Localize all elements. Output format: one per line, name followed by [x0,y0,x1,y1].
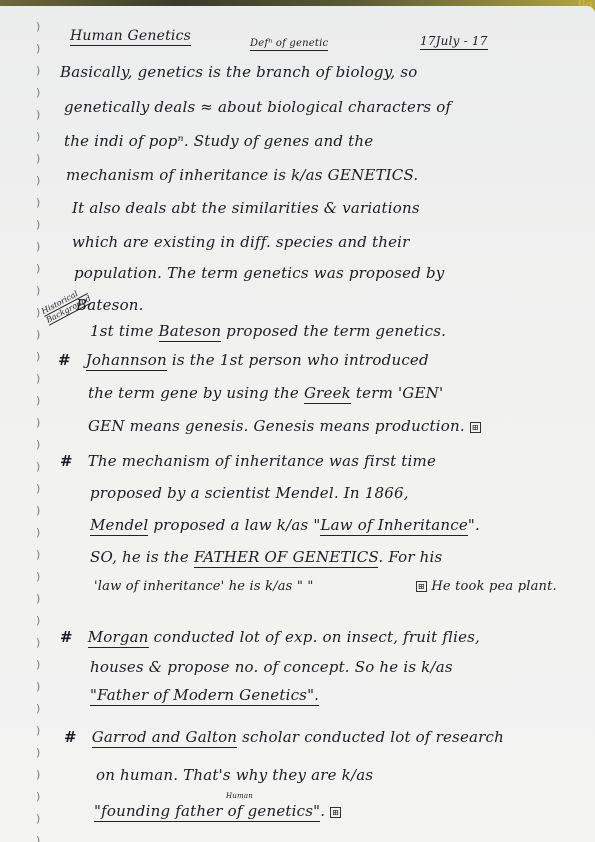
point-1-line-3: GEN means genesis. Genesis means product… [88,417,481,435]
point-2-text-4a: SO, he is the [90,548,194,566]
intro-line-6: which are existing in diff. species and … [72,233,410,251]
margin-mark: ) [36,42,40,55]
point-3-line-2: houses & propose no. of concept. So he i… [90,658,453,676]
intro-line-2: genetically deals ≈ about biological cha… [64,98,451,116]
margin-mark: ) [36,504,40,517]
margin-mark: ) [36,724,40,737]
point-2-line-3: Mendel proposed a law k/as "Law of Inher… [90,516,480,534]
point-1-text-pre: the term gene by using the [88,384,304,402]
margin-mark: ) [36,284,40,297]
margin-mark: ) [36,438,40,451]
point-2-line-1: # The mechanism of inheritance was first… [60,452,436,470]
point-4-line-1: # Garrod and Galton scholar conducted lo… [64,728,504,746]
point-2-text-3a: proposed a law k/as " [148,516,320,534]
garrod-galton-names: Garrod and Galton [92,728,237,748]
bullet-hash: # [60,628,73,646]
intro-line-1: Basically, genetics is the branch of bio… [60,63,418,81]
point-2-text-1: The mechanism of inheritance was first t… [88,452,436,470]
historical-prefix: 1st time [90,322,159,340]
father-of-genetics: FATHER OF GENETICS [194,548,378,568]
point-2-line-5: 'law of inheritance' he is k/as " " [94,579,314,594]
page-title: Human Genetics [70,28,191,46]
margin-mark: ) [36,218,40,231]
intro-line-4: mechanism of inheritance is k/as GENETIC… [66,166,418,184]
margin-mark: ) [36,636,40,649]
margin-mark: ) [36,20,40,33]
human-superscript: Human [226,792,253,800]
intro-line-5: It also deals abt the similarities & var… [72,199,420,217]
point-4-text-1: scholar conducted lot of research [237,728,504,746]
page-subtitle: Defⁿ of genetic [250,38,328,51]
boxed-star-icon: ⊞ [330,807,341,818]
intro-line-7: population. The term genetics was propos… [74,264,444,282]
margin-mark: ) [36,460,40,473]
margin-mark: ) [36,262,40,275]
father-of-modern-genetics: "Father of Modern Genetics". [90,686,319,706]
margin-mark: ) [36,350,40,363]
mendel-name: Mendel [90,516,148,536]
point-1-text: is the 1st person who introduced [167,351,429,369]
point-3-line-1: # Morgan conducted lot of exp. on insect… [60,628,480,646]
margin-mark: ) [36,790,40,803]
margin-mark: ) [36,152,40,165]
margin-mark: ) [36,658,40,671]
notebook-page: )))))))))))))))))))))))))))))))))))))) H… [0,6,595,842]
margin-mark: ) [36,394,40,407]
margin-mark: ) [36,548,40,561]
margin-mark: ) [36,592,40,605]
margin-mark: ) [36,372,40,385]
margin-mark: ) [36,86,40,99]
founding-father-of-genetics: "founding father of genetics" [94,802,320,822]
margin-mark: ) [36,130,40,143]
bullet-hash: # [58,351,71,369]
margin-mark: ) [36,482,40,495]
bullet-hash: # [60,452,73,470]
margin-mark: ) [36,174,40,187]
point-2-text-4b: . For his [378,548,442,566]
point-2-line-4: SO, he is the FATHER OF GENETICS. For hi… [90,548,442,566]
point-2-text-5: 'law of inheritance' he is k/as " " [94,579,314,594]
point-2-text-3b: ". [468,516,480,534]
margin-mark: ) [36,812,40,825]
margin-mark: ) [36,834,40,842]
point-1-line-2: the term gene by using the Greek term 'G… [88,384,443,402]
pea-plant-text: He took pea plant. [431,579,557,594]
historical-suffix: proposed the term genetics. [221,322,446,340]
boxed-star-icon: ⊞ [470,422,481,433]
point-4-line-2: on human. That's why they are k/as [96,766,373,784]
point-1-line-1: # Johannson is the 1st person who introd… [58,351,429,369]
margin-mark: ) [36,526,40,539]
margin-mark: ) [36,746,40,759]
margin-mark: ) [36,416,40,429]
margin-marks: )))))))))))))))))))))))))))))))))))))) [36,6,50,842]
margin-mark: ) [36,240,40,253]
point-4-text-3: . [320,802,325,820]
margin-mark: ) [36,328,40,341]
page-date: 17July - 17 [420,34,488,50]
margin-mark: ) [36,702,40,715]
point-4-line-3: "founding father of genetics". ⊞ [94,802,341,820]
law-of-inheritance: Law of Inheritance [320,516,467,536]
bullet-hash: # [64,728,77,746]
morgan-name: Morgan [88,628,149,648]
margin-mark: ) [36,108,40,121]
margin-mark: ) [36,196,40,209]
margin-mark: ) [36,64,40,77]
point-1-text-3: GEN means genesis. Genesis means product… [88,417,465,435]
intro-line-3: the indi of popⁿ. Study of genes and the [64,132,373,150]
point-2-line-2: proposed by a scientist Mendel. In 1866, [90,484,409,502]
point-3-text-1: conducted lot of exp. on insect, fruit f… [149,628,480,646]
margin-mark: ) [36,614,40,627]
point-3-line-3: "Father of Modern Genetics". [90,686,319,704]
historical-name: Bateson [159,322,222,342]
boxed-star-icon: ⊞ [416,581,427,592]
margin-mark: ) [36,680,40,693]
greek-word: Greek [304,384,351,404]
point-1-text-rest: term 'GEN' [351,384,443,402]
margin-mark: ) [36,570,40,583]
pea-plant-note: ⊞ He took pea plant. [416,579,557,594]
historical-line: 1st time Bateson proposed the term genet… [90,322,446,340]
johannson-name: Johannson [86,351,167,371]
margin-mark: ) [36,768,40,781]
